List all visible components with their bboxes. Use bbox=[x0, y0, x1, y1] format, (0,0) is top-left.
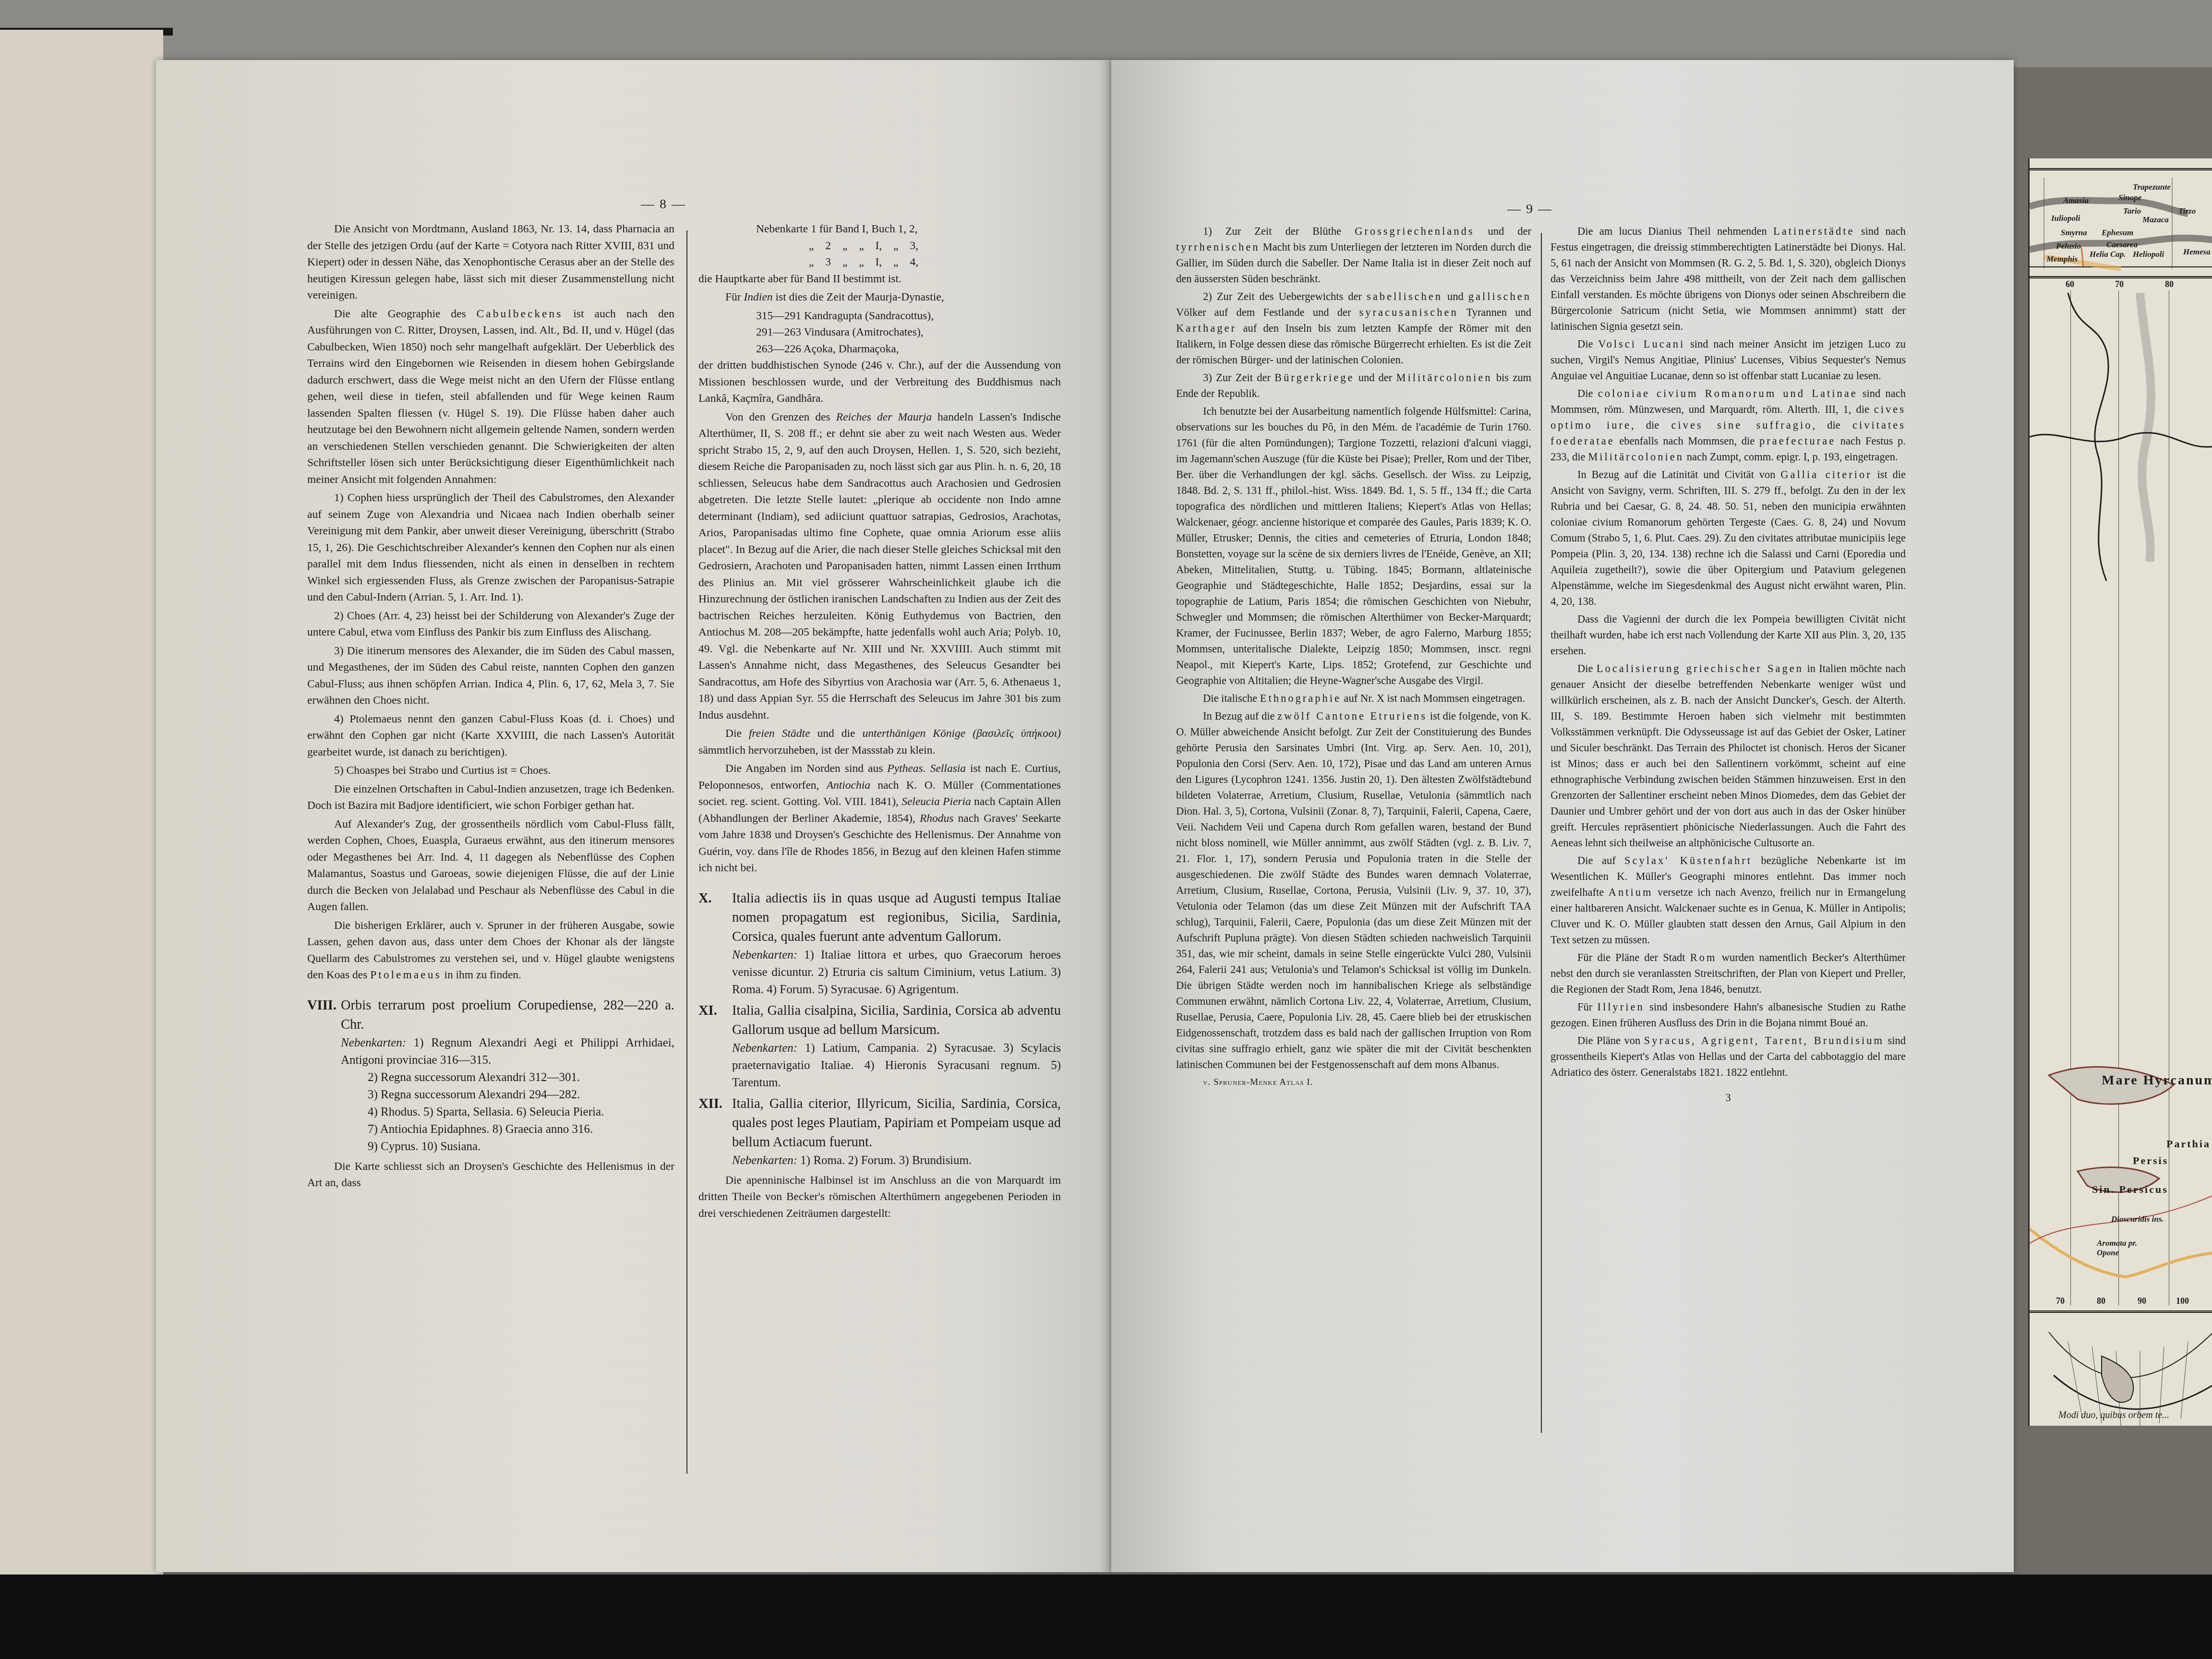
nebenkarte-item: 9) Cyprus. 10) Susiana. bbox=[368, 1138, 674, 1155]
map-entry-X: X. Italia adiectis iis in quas usque ad … bbox=[698, 889, 1061, 998]
entry-title: Italia, Gallia citerior, Illyricum, Sici… bbox=[732, 1094, 1061, 1152]
map-label: Hemesa bbox=[2183, 247, 2211, 257]
entry-title: Orbis terrarum post proelium Corupediens… bbox=[341, 996, 674, 1034]
paragraph: In Bezug auf die Latinität und Civität v… bbox=[1551, 467, 1906, 609]
paragraph: Für Indien ist dies die Zeit der Maurja-… bbox=[698, 289, 1061, 306]
sheet-number: 3 bbox=[1551, 1090, 1906, 1106]
paragraph: Für Illyrien sind insbesondere Hahn's al… bbox=[1551, 999, 1906, 1031]
map-label-sea: Mare Hyrcanum s. Caspium bbox=[2102, 1073, 2212, 1088]
paragraph: Die Pläne von Syracus, Agrigent, Tarent,… bbox=[1551, 1033, 1906, 1080]
right-page: — 9 — 1) Zur Zeit der Blüthe Grossgriech… bbox=[1111, 60, 2014, 1572]
paragraph: Ich benutzte bei der Ausarbeitung nament… bbox=[1176, 403, 1531, 688]
paragraph: Die auf Scylax' Küstenfahrt bezügliche N… bbox=[1551, 853, 1906, 948]
map-label: Smyrna bbox=[2061, 228, 2087, 238]
paragraph: 3) Zur Zeit der Bürgerkriege und der Mil… bbox=[1176, 370, 1531, 401]
map-label: Amasia bbox=[2063, 196, 2089, 205]
nebenkarten-label: Nebenkarten: bbox=[341, 1036, 406, 1049]
map-entry-XI: XI. Italia, Gallia cisalpina, Sicilia, S… bbox=[698, 1001, 1061, 1092]
map-label: Tario bbox=[2123, 206, 2141, 216]
paragraph: Die italische Ethnographie auf Nr. X ist… bbox=[1176, 690, 1531, 706]
map-label-region: Parthia bbox=[2166, 1138, 2211, 1150]
paragraph: Dass die Vagienni der durch die lex Pomp… bbox=[1551, 611, 1906, 659]
paragraph: 2) Zur Zeit des Uebergewichts der sabell… bbox=[1176, 289, 1531, 368]
map-label: Pelusio bbox=[2056, 241, 2081, 251]
left-page: — 8 — Die Ansicht von Mordtmann, Ausland… bbox=[156, 60, 1111, 1572]
map-label: Opone bbox=[2097, 1248, 2119, 1258]
entry-title: Italia adiectis iis in quas usque ad Aug… bbox=[732, 889, 1061, 947]
nebenkarte-item: 2) Regna successorum Alexandri 312—301. bbox=[368, 1069, 674, 1086]
map-label: Tirzo bbox=[2178, 206, 2196, 216]
paragraph: In Bezug auf die zwölf Cantone Etruriens… bbox=[1176, 708, 1531, 1072]
map-label-sea: Sin. Persicus bbox=[2092, 1183, 2168, 1196]
map-label: Heliopoli bbox=[2133, 250, 2164, 259]
paragraph: 4) Ptolemaeus nennt den ganzen Cabul-Flu… bbox=[307, 711, 674, 761]
paragraph: Die coloniae civium Romanorum und Latina… bbox=[1551, 385, 1906, 465]
paragraph: Die apenninische Halbinsel ist im Anschl… bbox=[698, 1172, 1061, 1222]
map-label: Iuliopoli bbox=[2051, 214, 2080, 223]
nebenkarte-item: 4) Rhodus. 5) Sparta, Sellasia. 6) Seleu… bbox=[368, 1104, 674, 1121]
map-caption: Modi duo, quibus orbem te... bbox=[2058, 1410, 2169, 1421]
map-label: Caesarea bbox=[2106, 240, 2138, 250]
column-rule bbox=[1541, 233, 1542, 1433]
longitude-tick: 60 bbox=[2066, 279, 2074, 289]
paragraph: Die alte Geographie des Cabulbeckens ist… bbox=[307, 306, 674, 488]
maurja-dynasty-list: 315—291 Kandragupta (Sandracottus), 291—… bbox=[698, 308, 1061, 358]
paragraph: 5) Choaspes bei Strabo und Curtius ist =… bbox=[307, 762, 674, 779]
longitude-tick: 70 bbox=[2056, 1296, 2065, 1306]
longitude-tick: 100 bbox=[2176, 1296, 2189, 1306]
map-label-region: Persis bbox=[2133, 1154, 2168, 1167]
paragraph: 1) Zur Zeit der Blüthe Grossgriechenland… bbox=[1176, 223, 1531, 287]
map-label: Sinope bbox=[2118, 193, 2141, 203]
paragraph: Die Karte schliesst sich an Droysen's Ge… bbox=[307, 1158, 674, 1191]
paragraph: Die Volsci Lucani sind nach meiner Ansic… bbox=[1551, 336, 1906, 384]
longitude-tick: 90 bbox=[2138, 1296, 2146, 1306]
paragraph: Die bisherigen Erklärer, auch v. Spruner… bbox=[307, 917, 674, 984]
right-page-column-1: 1) Zur Zeit der Blüthe Grossgriechenland… bbox=[1176, 223, 1531, 1092]
right-page-column-2: Die am lucus Dianius Theil nehmenden Lat… bbox=[1551, 223, 1906, 1107]
paragraph: 1) Cophen hiess ursprünglich der Theil d… bbox=[307, 490, 674, 606]
paragraph: 3) Die itinerum mensores des Alexander, … bbox=[307, 643, 674, 709]
paragraph: Die am lucus Dianius Theil nehmenden Lat… bbox=[1551, 223, 1906, 334]
page-number-left: — 8 — bbox=[641, 197, 686, 212]
longitude-tick: 70 bbox=[2115, 279, 2124, 289]
map-label: Memphis bbox=[2046, 254, 2078, 264]
book-front-endpaper bbox=[0, 30, 163, 1585]
paragraph: Die Localisierung griechischer Sagen in … bbox=[1551, 661, 1906, 851]
entry-number: VIII. bbox=[307, 996, 341, 1155]
left-page-column-1: Die Ansicht von Mordtmann, Ausland 1863,… bbox=[307, 221, 674, 1193]
map-entry-XII: XII. Italia, Gallia citerior, Illyricum,… bbox=[698, 1094, 1061, 1169]
map-label: Helia Cap. bbox=[2090, 250, 2126, 259]
map-label: Ephesum bbox=[2102, 228, 2133, 238]
entry-title: Italia, Gallia cisalpina, Sicilia, Sardi… bbox=[732, 1001, 1061, 1040]
map-label: Dioscuridis ins. bbox=[2111, 1214, 2164, 1224]
map-plate: Trapezunte Amasia Sinope Tario Iuliopoli… bbox=[2028, 158, 2212, 1426]
table-surface bbox=[0, 0, 2212, 67]
paragraph: Für die Pläne der Stadt Rom wurden namen… bbox=[1551, 950, 1906, 997]
left-page-column-2: Nebenkarte 1 für Band I, Buch 1, 2, „ 2 … bbox=[698, 221, 1061, 1224]
map-label: Mazaca bbox=[2142, 215, 2169, 225]
paragraph: Die freien Städte und die unterthänigen … bbox=[698, 725, 1061, 758]
paragraph: Die Ansicht von Mordtmann, Ausland 1863,… bbox=[307, 221, 674, 304]
signature-mark: v. Spruner-Menke Atlas I. bbox=[1176, 1074, 1531, 1090]
nebenkarte-item: 3) Regna successorum Alexandri 294—282. bbox=[368, 1086, 674, 1104]
page-number-right: — 9 — bbox=[1507, 202, 1552, 217]
paragraph: Von den Grenzen des Reiches der Maurja h… bbox=[698, 409, 1061, 724]
paragraph: die Hauptkarte aber für Band II bestimmt… bbox=[698, 271, 1061, 288]
map-label: Trapezunte bbox=[2133, 182, 2171, 192]
longitude-tick: 80 bbox=[2165, 279, 2174, 289]
paragraph: Die einzelnen Ortschaften in Cabul-Indie… bbox=[307, 781, 674, 814]
nebenkarte-band-list: Nebenkarte 1 für Band I, Buch 1, 2, „ 2 … bbox=[698, 221, 1061, 271]
world-projection-drawing bbox=[2030, 1313, 2212, 1426]
map-label: Aromata pr. bbox=[2097, 1238, 2137, 1248]
column-rule bbox=[686, 230, 687, 1474]
longitude-tick: 80 bbox=[2097, 1296, 2105, 1306]
paragraph: der dritten buddhistischen Synode (246 v… bbox=[698, 357, 1061, 407]
book-binding-shadow bbox=[0, 1575, 2212, 1659]
paragraph: Auf Alexander's Zug, der grossentheils n… bbox=[307, 816, 674, 915]
nebenkarte-item: 7) Antiochia Epidaphnes. 8) Graecia anno… bbox=[368, 1121, 674, 1138]
paragraph: 2) Choes (Arr. 4, 23) heisst bei der Sch… bbox=[307, 608, 674, 641]
paragraph: Die Angaben im Norden sind aus Pytheas. … bbox=[698, 760, 1061, 877]
map-entry-VIII: VIII. Orbis terrarum post proelium Corup… bbox=[307, 996, 674, 1155]
